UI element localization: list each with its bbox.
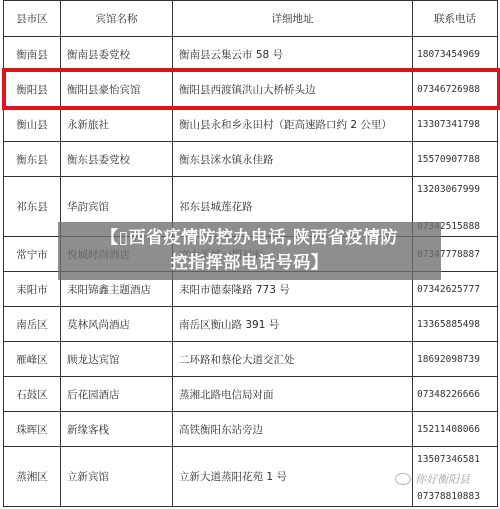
county-cell: 常宁市 <box>4 237 61 272</box>
phone-cell: 13307341798 <box>413 107 498 142</box>
county-cell: 雁峰区 <box>4 342 61 377</box>
hotel-cell: 永新旅社 <box>61 107 173 142</box>
phone-number: 13203067999 <box>417 184 493 195</box>
address-cell: 二环路和蔡伦大道交汇处 <box>173 342 413 377</box>
address-cell: 衡南县云集云市 58 号 <box>173 37 413 72</box>
header-address: 详细地址 <box>173 1 413 37</box>
hotel-cell: 衡东县委党校 <box>61 142 173 177</box>
hotel-cell: 莫林风尚酒店 <box>61 307 173 342</box>
hotel-cell: 立新宾馆 <box>61 447 173 507</box>
county-cell: 石鼓区 <box>4 377 61 412</box>
overlay-title-line-1: 【▯西省疫情防控办电话,陕西省疫情防 <box>58 226 441 251</box>
overlay-title-line-2: 控指挥部电话号码】 <box>58 251 441 276</box>
table-row: 珠晖区 新缘客栈 高铁衡阳东站旁边 15211408066 <box>4 412 498 447</box>
address-cell: 蒸湘北路电信局对面 <box>173 377 413 412</box>
county-cell: 南岳区 <box>4 307 61 342</box>
table-row: 衡南县 衡南县委党校 衡南县云集云市 58 号 18073454969 <box>4 37 498 72</box>
overlay-title-banner: 【▯西省疫情防控办电话,陕西省疫情防 控指挥部电话号码】 <box>58 222 441 280</box>
county-cell: 衡山县 <box>4 107 61 142</box>
county-cell: 珠晖区 <box>4 412 61 447</box>
header-phone: 联系电话 <box>413 1 498 37</box>
county-cell: 祁东县 <box>4 177 61 237</box>
hotel-cell: 新缘客栈 <box>61 412 173 447</box>
phone-number: 07378810883 <box>417 491 493 502</box>
county-cell: 衡南县 <box>4 37 61 72</box>
header-county: 县市区 <box>4 1 61 37</box>
phone-cell: 15211408066 <box>413 412 498 447</box>
hotel-cell: 顾龙达宾馆 <box>61 342 173 377</box>
county-cell: 蒸湘区 <box>4 447 61 507</box>
table-row: 石鼓区 后花园酒店 蒸湘北路电信局对面 07348226666 <box>4 377 498 412</box>
address-cell: 衡山县永和乡永田村（距高速路口约 2 公里） <box>173 107 413 142</box>
address-cell: 高铁衡阳东站旁边 <box>173 412 413 447</box>
header-hotel: 宾馆名称 <box>61 1 173 37</box>
table-row: 雁峰区 顾龙达宾馆 二环路和蔡伦大道交汇处 18692098739 <box>4 342 498 377</box>
table-header-row: 县市区 宾馆名称 详细地址 联系电话 <box>4 1 498 37</box>
phone-cell: 18073454969 <box>413 37 498 72</box>
table-row-highlighted: 衡阳县 衡阳县豪怡宾馆 衡阳县西渡镇洪山大桥桥头边 07346726988 <box>4 72 498 107</box>
phone-cell: 13507346581 07378810883 <box>413 447 498 507</box>
county-cell: 衡东县 <box>4 142 61 177</box>
hotel-cell: 衡南县委党校 <box>61 37 173 72</box>
table-row: 南岳区 莫林风尚酒店 南岳区衡山路 391 号 13365885498 <box>4 307 498 342</box>
phone-number: 13507346581 <box>417 454 493 465</box>
address-cell: 南岳区衡山路 391 号 <box>173 307 413 342</box>
table-row: 衡东县 衡东县委党校 衡东县洣水镇永佳路 15570907788 <box>4 142 498 177</box>
address-cell: 衡阳县西渡镇洪山大桥桥头边 <box>173 72 413 107</box>
address-cell: 衡东县洣水镇永佳路 <box>173 142 413 177</box>
address-cell: 立新大道蒸阳花苑 1 号 <box>173 447 413 507</box>
phone-cell: 18692098739 <box>413 342 498 377</box>
hotel-cell: 后花园酒店 <box>61 377 173 412</box>
phone-cell: 13365885498 <box>413 307 498 342</box>
hotel-cell: 衡阳县豪怡宾馆 <box>61 72 173 107</box>
phone-cell: 07348226666 <box>413 377 498 412</box>
phone-cell: 15570907788 <box>413 142 498 177</box>
table-row: 衡山县 永新旅社 衡山县永和乡永田村（距高速路口约 2 公里） 13307341… <box>4 107 498 142</box>
county-cell: 耒阳市 <box>4 272 61 307</box>
table-row: 蒸湘区 立新宾馆 立新大道蒸阳花苑 1 号 13507346581 073788… <box>4 447 498 507</box>
county-cell: 衡阳县 <box>4 72 61 107</box>
phone-cell: 07346726988 <box>413 72 498 107</box>
